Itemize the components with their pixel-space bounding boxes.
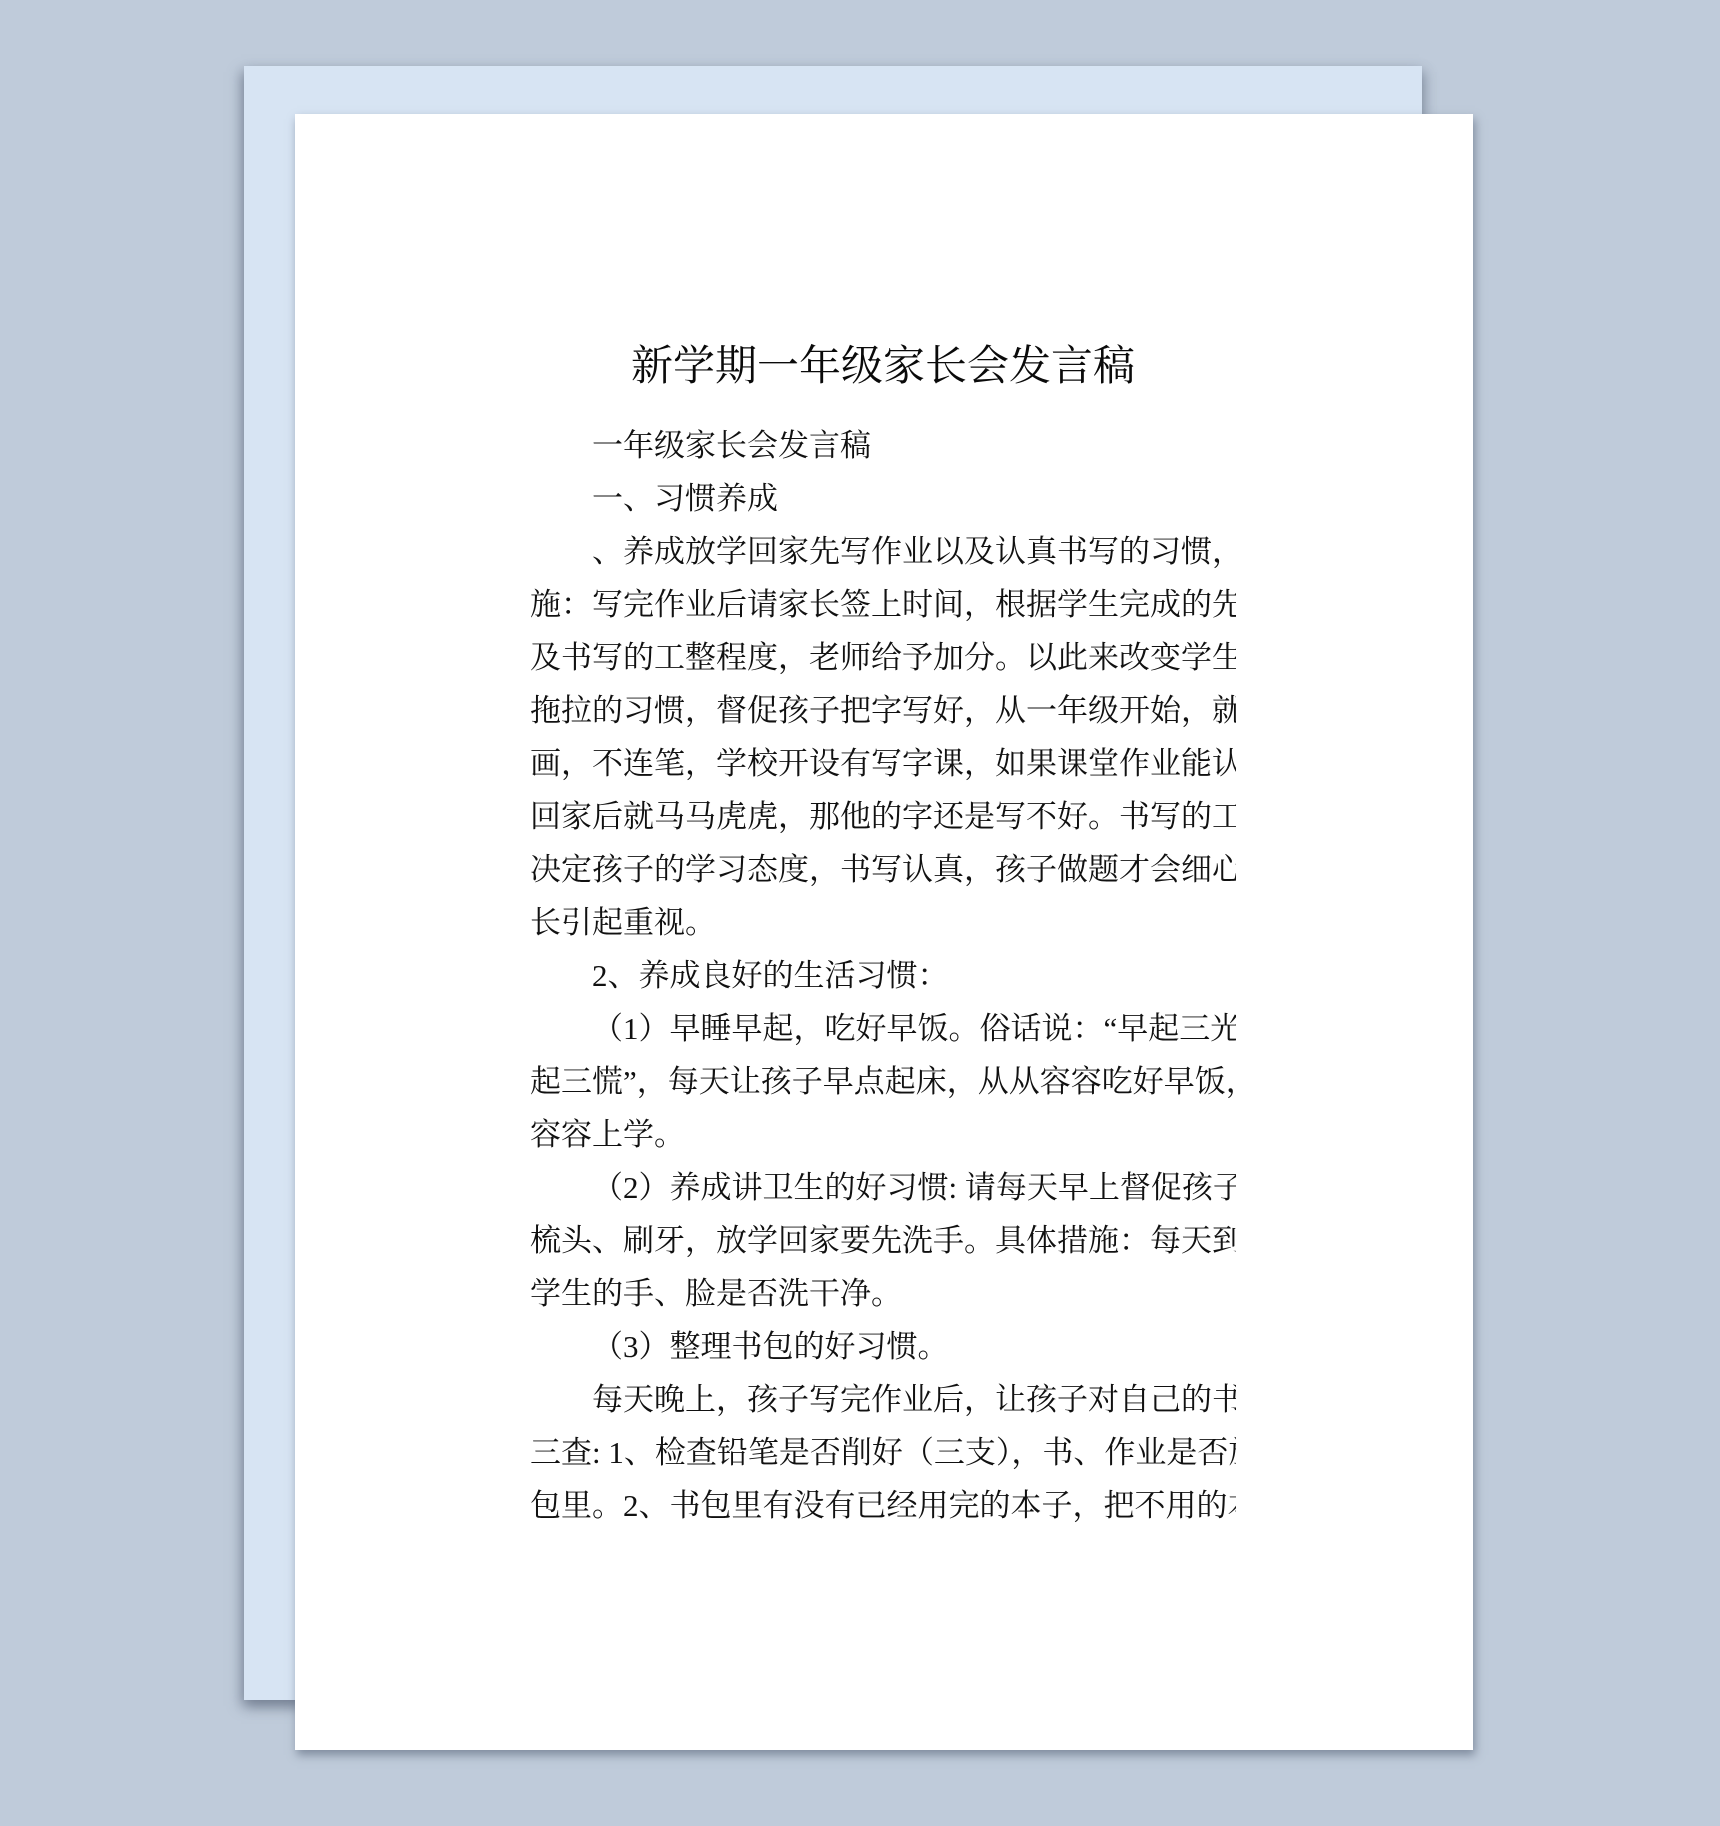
desk-background: 新学期一年级家长会发言稿 一年级家长会发言稿一、习惯养成、养成放学回家先写作业以… xyxy=(0,0,1720,1826)
document-line: 一、习惯养成 xyxy=(530,472,1236,525)
document-line: 拖拉的习惯，督促孩子把字写好，从一年级开始，就一笔一 xyxy=(530,684,1236,737)
document-line: （1）早睡早起，吃好早饭。俗话说：“早起三光，晚 xyxy=(530,1002,1236,1055)
document-line: 每天晚上，孩子写完作业后，让孩子对自己的书包进行 xyxy=(530,1373,1236,1426)
document-line: 起三慌”，每天让孩子早点起床，从从容容吃好早饭，从从 xyxy=(530,1055,1236,1108)
document-line: 及书写的工整程度，老师给予加分。以此来改变学生写作业 xyxy=(530,631,1236,684)
screenshot-canvas: { "colors": { "background": "#bfcbda", "… xyxy=(0,0,1720,1826)
document-content: 新学期一年级家长会发言稿 一年级家长会发言稿一、习惯养成、养成放学回家先写作业以… xyxy=(530,114,1236,1532)
document-page: 新学期一年级家长会发言稿 一年级家长会发言稿一、习惯养成、养成放学回家先写作业以… xyxy=(295,114,1473,1750)
document-line: （2）养成讲卫生的好习惯: 请每天早上督促孩子洗脸、， xyxy=(530,1161,1236,1214)
document-line: 2、养成良好的生活习惯： xyxy=(530,949,1236,1002)
document-body: 一年级家长会发言稿一、习惯养成、养成放学回家先写作业以及认真书写的习惯，具体措施… xyxy=(530,419,1236,1532)
document-line: 梳头、刷牙，放学回家要先洗手。具体措施：每天到校检查 xyxy=(530,1214,1236,1267)
document-line: 容容上学。 xyxy=(530,1108,1236,1161)
document-title: 新学期一年级家长会发言稿 xyxy=(530,340,1236,394)
document-line: 长引起重视。 xyxy=(530,896,1236,949)
document-line: 回家后就马马虎虎，那他的字还是写不好。书写的工整程度， xyxy=(530,790,1236,843)
document-line: 学生的手、脸是否洗干净。 xyxy=(530,1267,1236,1320)
document-line: 决定孩子的学习态度，书写认真，孩子做题才会细心。请家 xyxy=(530,843,1236,896)
document-line: 、养成放学回家先写作业以及认真书写的习惯，具体措 xyxy=(530,525,1236,578)
document-line: 包里。2、书包里有没有已经用完的本子，把不用的本子及 xyxy=(530,1479,1236,1532)
document-line: 一年级家长会发言稿 xyxy=(530,419,1236,472)
document-line: 画，不连笔，学校开设有写字课，如果课堂作业能认真书写， xyxy=(530,737,1236,790)
document-line: 施：写完作业后请家长签上时间，根据学生完成的先后，以 xyxy=(530,578,1236,631)
document-line: 三查: 1、检查铅笔是否削好（三支），书、作业是否放进书 xyxy=(530,1426,1236,1479)
document-line: （3）整理书包的好习惯。 xyxy=(530,1320,1236,1373)
